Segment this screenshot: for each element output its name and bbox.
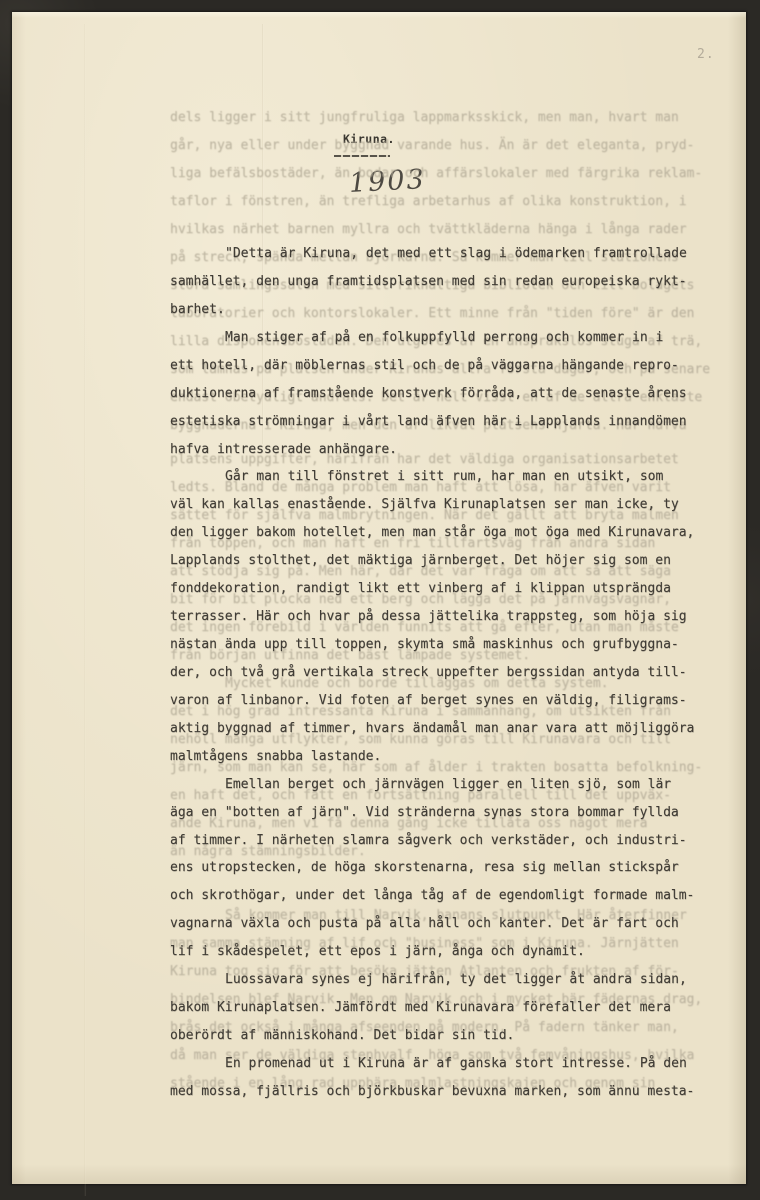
title-underline — [334, 155, 390, 157]
document-title: Kiruna. — [343, 132, 395, 146]
scan-background: 2. Kiruna. 1903 dels ligger i sitt jungf… — [0, 0, 760, 1200]
handwritten-year: 1903 — [348, 164, 426, 199]
paper-crease — [84, 24, 86, 1196]
page-number: 2. — [697, 47, 715, 62]
paper-crease — [262, 24, 264, 444]
